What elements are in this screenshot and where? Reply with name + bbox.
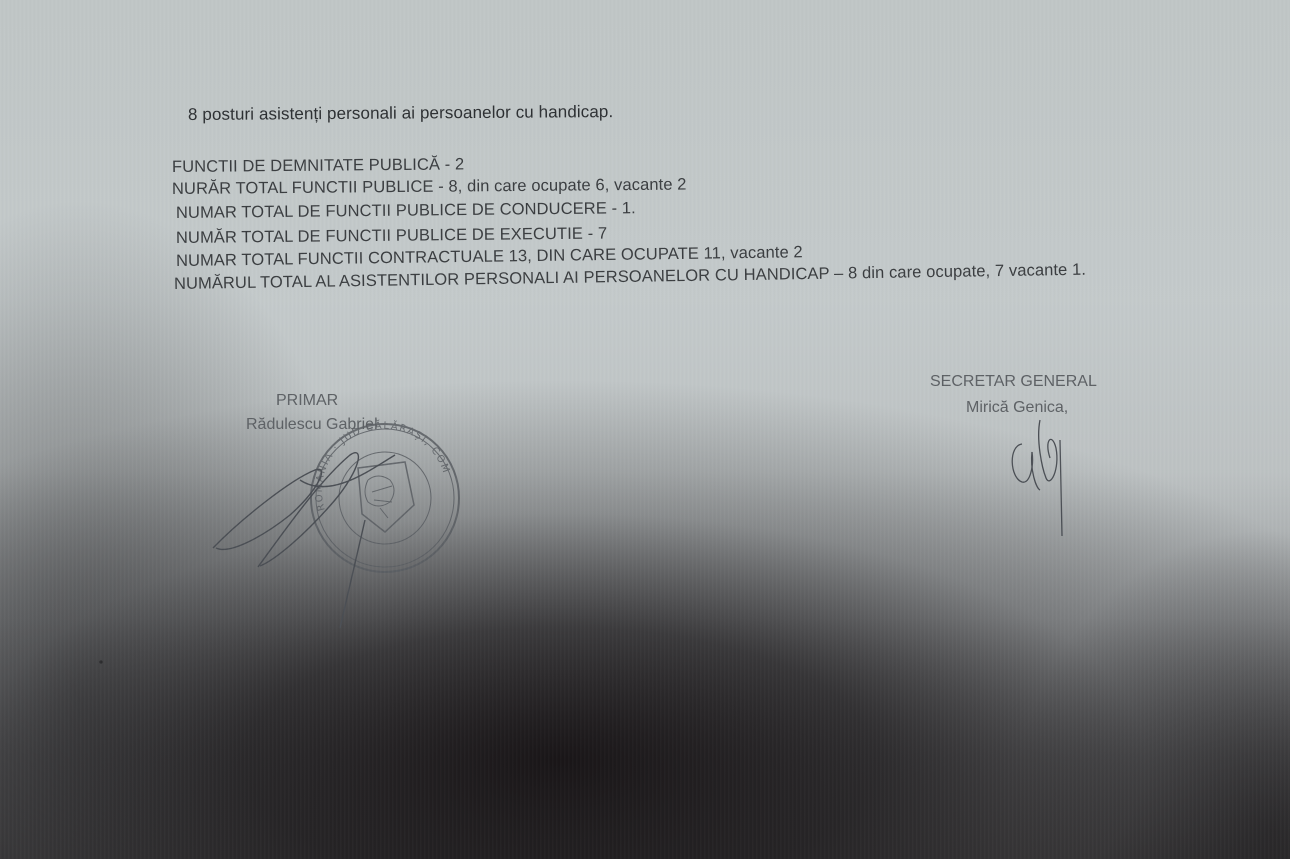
mayor-title: PRIMAR [276,392,338,410]
intro-line: 8 posturi asistenți personali ai persoan… [188,102,613,125]
line-functii-demnitate: FUNCTII DE DEMNITATE PUBLICĂ - 2 [172,155,464,177]
secretary-name: Mirică Genica, [966,399,1068,417]
document-photo: 8 posturi asistenți personali ai persoan… [0,0,1290,859]
coat-of-arms-icon [358,462,414,532]
mayor-signature [213,453,395,628]
line-functii-executie: NUMĂR TOTAL DE FUNCTII PUBLICE DE EXECUT… [176,224,607,248]
ink-overlay: ROMÂNIA · JUD CĂLĂRAȘI, COM INDEPENDENȚA [0,0,1290,859]
line-functii-conducere: NUMAR TOTAL DE FUNCTII PUBLICE DE CONDUC… [176,199,636,223]
secretary-signature [1012,420,1062,536]
secretary-title: SECRETAR GENERAL [930,373,1097,391]
mayor-name: Rădulescu Gabriel [246,416,378,434]
line-total-functii-publice: NURĂR TOTAL FUNCTII PUBLICE - 8, din car… [172,176,687,199]
stray-mark [99,660,102,663]
